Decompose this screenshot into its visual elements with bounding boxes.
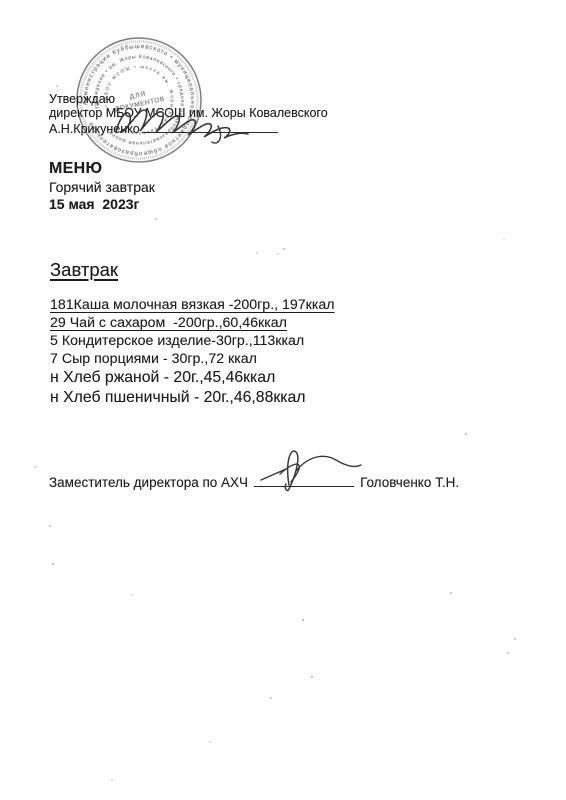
director-signature xyxy=(110,100,255,148)
menu-item: 5 Кондитерское изделие-30гр.,113ккал xyxy=(50,332,335,350)
menu-item: н Хлеб пшеничный - 20г.,46,88ккал xyxy=(50,388,335,408)
scan-speck xyxy=(56,85,58,87)
scan-speck xyxy=(514,638,516,640)
menu-item: 7 Сыр порциями - 30гр.,72 ккал xyxy=(50,350,335,368)
scan-speck xyxy=(209,741,211,743)
scan-speck xyxy=(256,252,258,254)
scan-speck xyxy=(277,253,279,255)
scan-speck xyxy=(465,433,467,435)
scan-speck xyxy=(311,676,313,678)
document-date: 15 мая 2023г xyxy=(49,196,155,213)
scan-speck xyxy=(507,652,509,654)
signature-row: Заместитель директора по АХЧ Головченко … xyxy=(49,473,459,490)
scan-speck xyxy=(131,594,133,596)
menu-section: Завтрак 181Каша молочная вязкая -200гр.,… xyxy=(50,259,335,407)
menu-item: 29 Чай с сахаром -200гр.,60,46ккал xyxy=(50,314,335,332)
scan-speck xyxy=(52,563,54,565)
deputy-signature xyxy=(256,443,366,495)
scan-speck xyxy=(503,238,505,240)
signature-label: Заместитель директора по АХЧ xyxy=(49,475,248,490)
scan-speck xyxy=(450,592,452,594)
scan-speck xyxy=(49,525,51,527)
menu-item: н Хлеб ржаной - 20г.,45,46ккал xyxy=(50,368,335,388)
signature-name: Головченко Т.Н. xyxy=(360,475,459,490)
scanned-menu-document: • Администрации Куйбышевского • муниципа… xyxy=(0,0,566,800)
scan-speck xyxy=(283,248,285,250)
document-subtitle: Горячий завтрак xyxy=(49,179,155,196)
menu-item: 181Каша молочная вязкая -200гр., 197ккал xyxy=(50,296,335,314)
scan-speck xyxy=(155,218,157,220)
scan-speck xyxy=(270,697,272,699)
section-heading: Завтрак xyxy=(50,259,335,281)
scan-speck xyxy=(111,779,113,781)
scan-speck xyxy=(302,619,304,621)
scan-speck xyxy=(34,466,36,468)
